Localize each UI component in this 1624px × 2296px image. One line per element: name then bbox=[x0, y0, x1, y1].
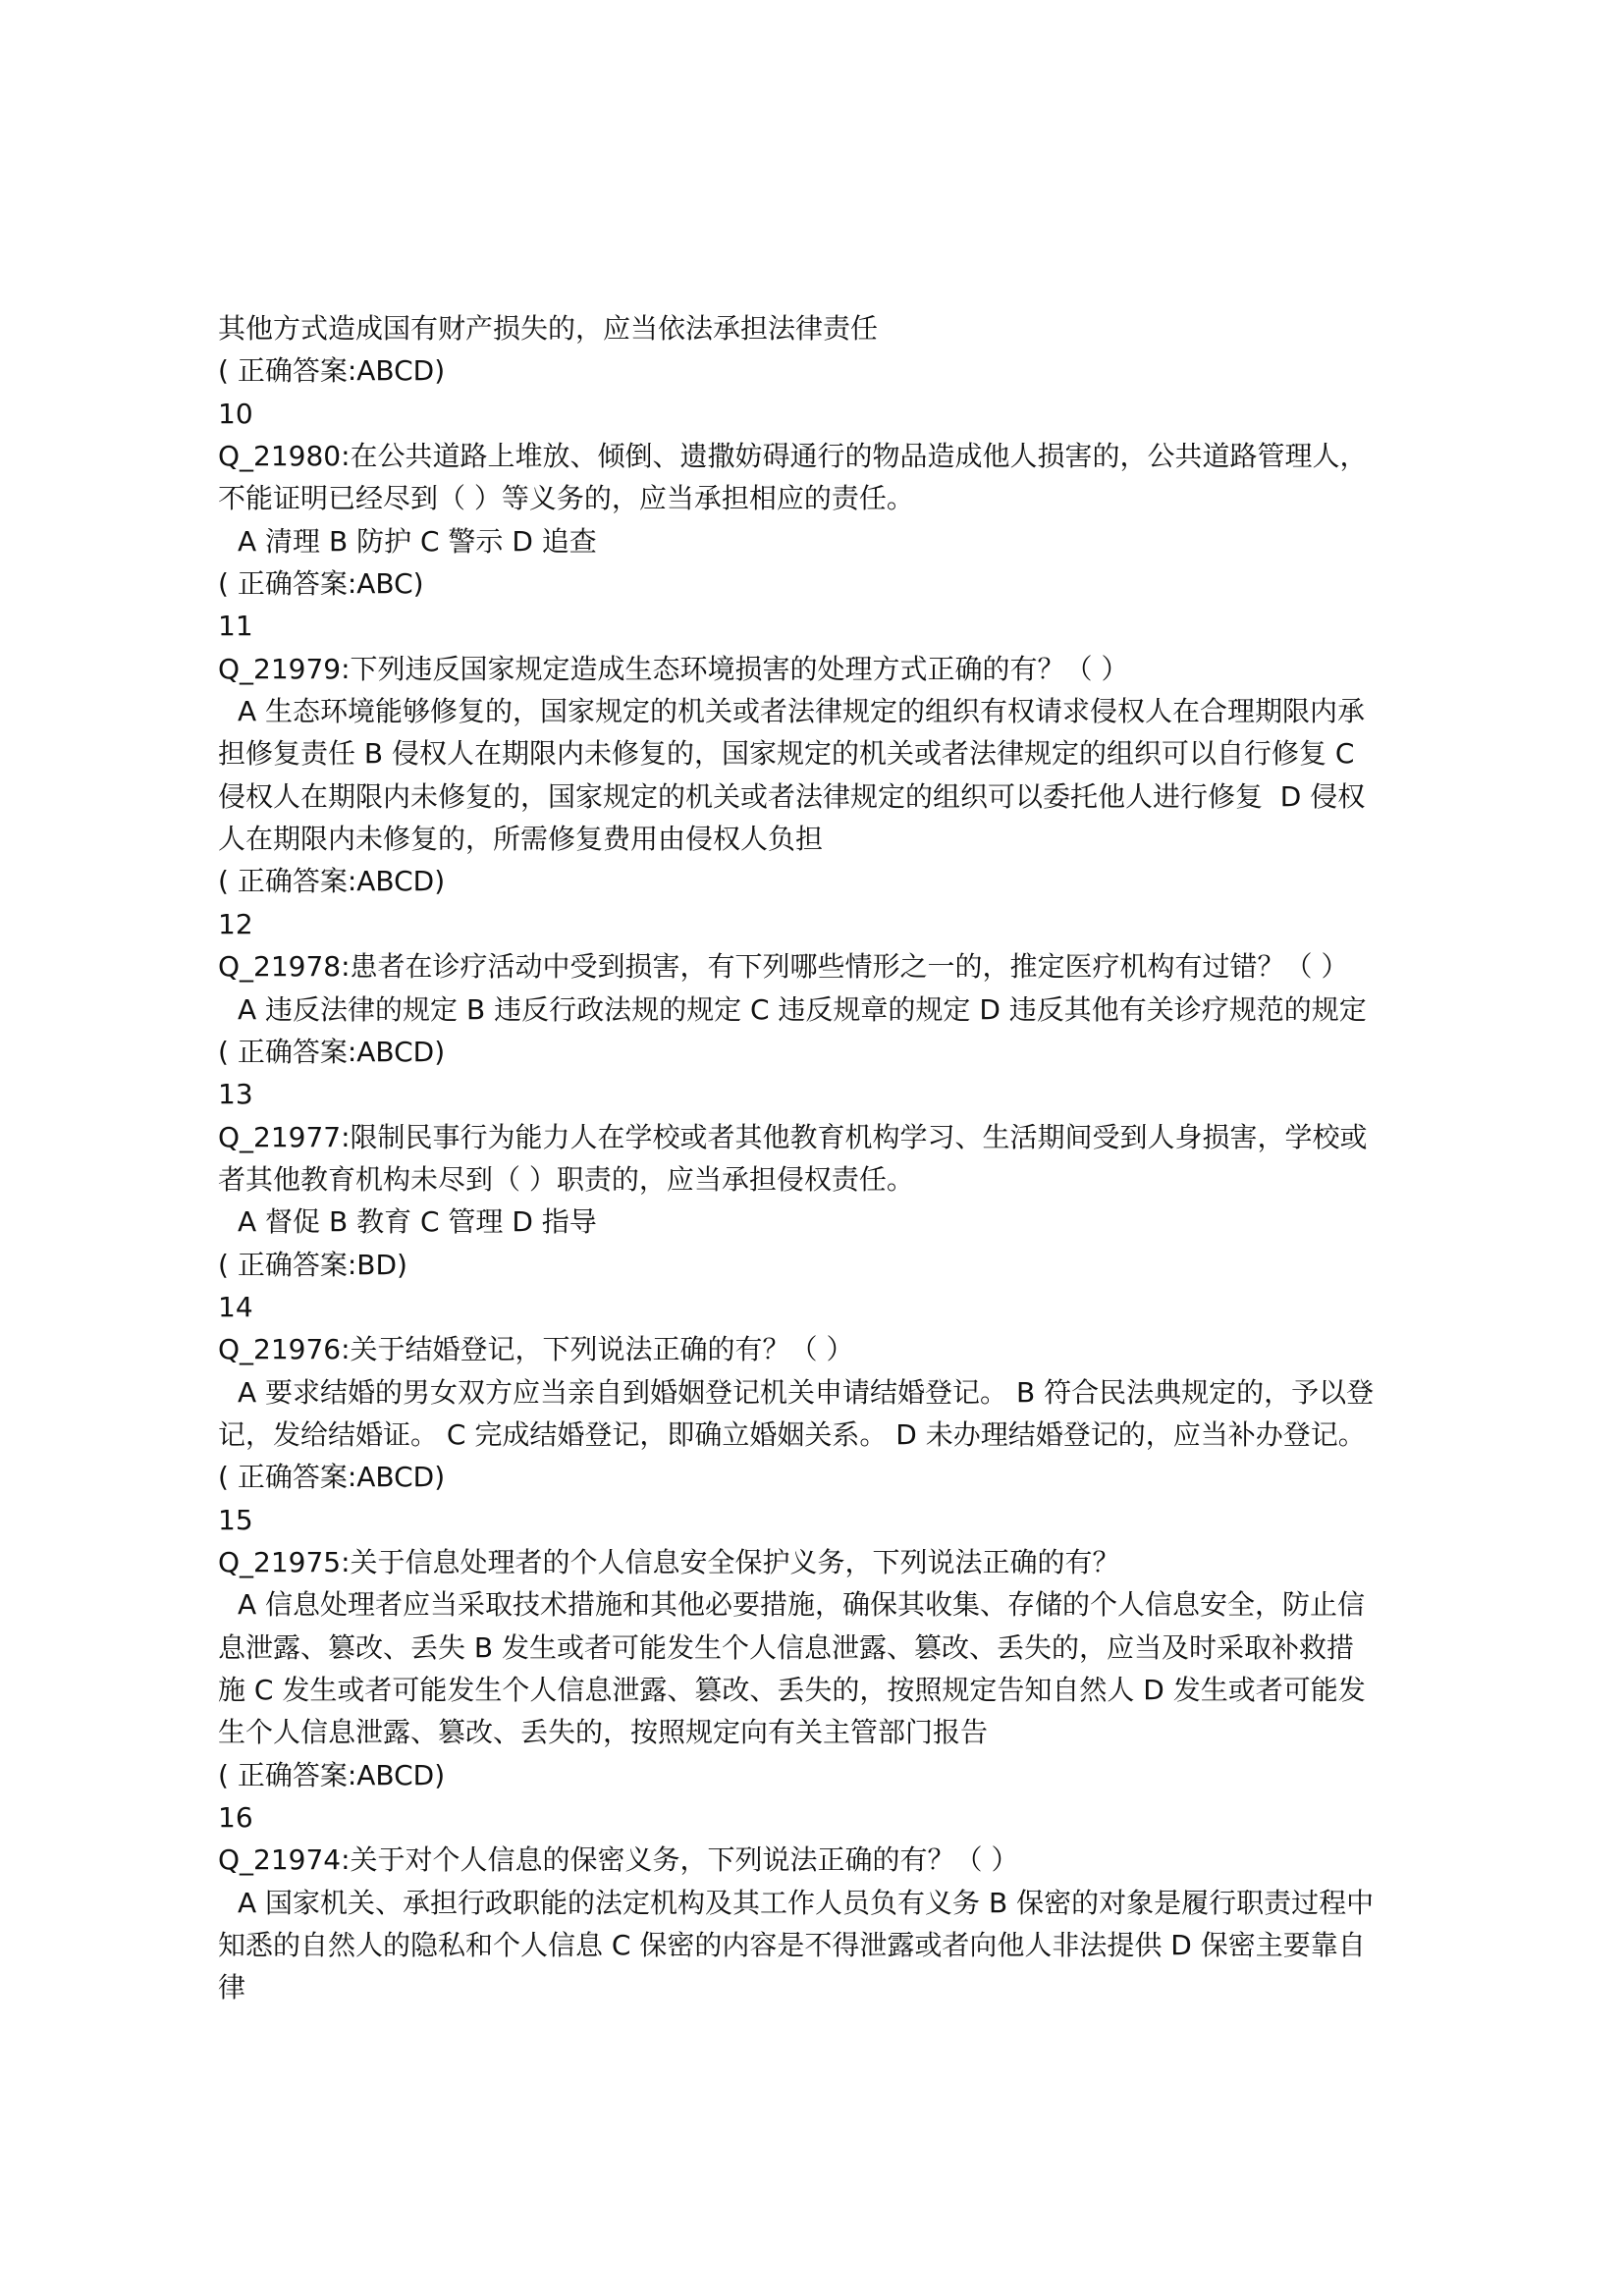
question-continuation: 其他方式造成国有财产损失的，应当依法承担法律责任 ( 正确答案:ABCD) bbox=[218, 307, 1435, 393]
options-line: 记，发给结婚证。 C 完成结婚登记，即确立婚姻关系。 D 未办理结婚登记的，应当… bbox=[218, 1414, 1435, 1456]
question-text-line: Q_21978:患者在诊疗活动中受到损害，有下列哪些情形之一的，推定医疗机构有过… bbox=[218, 945, 1435, 988]
options-line: A 国家机关、承担行政职能的法定机构及其工作人员负有义务 B 保密的对象是履行职… bbox=[218, 1882, 1435, 1924]
question-block: 14 Q_21976:关于结婚登记，下列说法正确的有？（ ） A 要求结婚的男女… bbox=[218, 1286, 1435, 1499]
options-line: 施 C 发生或者可能发生个人信息泄露、篡改、丢失的，按照规定告知自然人 D 发生… bbox=[218, 1669, 1435, 1711]
question-number: 15 bbox=[218, 1499, 1435, 1541]
options-line: 息泄露、篡改、丢失 B 发生或者可能发生个人信息泄露、篡改、丢失的，应当及时采取… bbox=[218, 1627, 1435, 1669]
question-text-line: 其他方式造成国有财产损失的，应当依法承担法律责任 bbox=[218, 307, 1435, 349]
options-line: 担修复责任 B 侵权人在期限内未修复的，国家规定的机关或者法律规定的组织可以自行… bbox=[218, 732, 1435, 774]
correct-answer: ( 正确答案:BD) bbox=[218, 1244, 1435, 1286]
correct-answer: ( 正确答案:ABCD) bbox=[218, 860, 1435, 902]
question-text-line: Q_21975:关于信息处理者的个人信息安全保护义务，下列说法正确的有？ bbox=[218, 1541, 1435, 1583]
question-text-line: 者其他教育机构未尽到（ ）职责的，应当承担侵权责任。 bbox=[218, 1158, 1435, 1201]
correct-answer: ( 正确答案:ABC) bbox=[218, 562, 1435, 605]
options-line: 生个人信息泄露、篡改、丢失的，按照规定向有关主管部门报告 bbox=[218, 1711, 1435, 1753]
question-number: 10 bbox=[218, 393, 1435, 435]
question-block: 15 Q_21975:关于信息处理者的个人信息安全保护义务，下列说法正确的有？ … bbox=[218, 1499, 1435, 1796]
question-number: 12 bbox=[218, 903, 1435, 945]
options-line: A 督促 B 教育 C 管理 D 指导 bbox=[218, 1201, 1435, 1243]
question-text-line: Q_21974:关于对个人信息的保密义务，下列说法正确的有？（ ） bbox=[218, 1839, 1435, 1881]
correct-answer: ( 正确答案:ABCD) bbox=[218, 1754, 1435, 1796]
question-block: 11 Q_21979:下列违反国家规定造成生态环境损害的处理方式正确的有？（ ）… bbox=[218, 605, 1435, 902]
question-number: 16 bbox=[218, 1796, 1435, 1839]
question-text-line: Q_21979:下列违反国家规定造成生态环境损害的处理方式正确的有？（ ） bbox=[218, 648, 1435, 690]
options-line: A 清理 B 防护 C 警示 D 追查 bbox=[218, 520, 1435, 562]
options-line: 侵权人在期限内未修复的，国家规定的机关或者法律规定的组织可以委托他人进行修复 D… bbox=[218, 775, 1435, 818]
question-text-line: Q_21977:限制民事行为能力人在学校或者其他教育机构学习、生活期间受到人身损… bbox=[218, 1116, 1435, 1158]
options-line: A 生态环境能够修复的，国家规定的机关或者法律规定的组织有权请求侵权人在合理期限… bbox=[218, 690, 1435, 732]
options-line: 人在期限内未修复的，所需修复费用由侵权人负担 bbox=[218, 818, 1435, 860]
question-block: 13 Q_21977:限制民事行为能力人在学校或者其他教育机构学习、生活期间受到… bbox=[218, 1073, 1435, 1286]
question-number: 13 bbox=[218, 1073, 1435, 1115]
options-line: A 违反法律的规定 B 违反行政法规的规定 C 违反规章的规定 D 违反其他有关… bbox=[218, 988, 1435, 1031]
document-body: 其他方式造成国有财产损失的，应当依法承担法律责任 ( 正确答案:ABCD) 10… bbox=[218, 307, 1435, 2009]
question-number: 14 bbox=[218, 1286, 1435, 1328]
options-line: A 要求结婚的男女双方应当亲自到婚姻登记机关申请结婚登记。 B 符合民法典规定的… bbox=[218, 1371, 1435, 1414]
question-block: 12 Q_21978:患者在诊疗活动中受到损害，有下列哪些情形之一的，推定医疗机… bbox=[218, 903, 1435, 1073]
question-block: 10 Q_21980:在公共道路上堆放、倾倒、遗撒妨碍通行的物品造成他人损害的，… bbox=[218, 393, 1435, 606]
correct-answer: ( 正确答案:ABCD) bbox=[218, 1031, 1435, 1073]
options-line: 律 bbox=[218, 1966, 1435, 2008]
question-text-line: Q_21980:在公共道路上堆放、倾倒、遗撒妨碍通行的物品造成他人损害的，公共道… bbox=[218, 435, 1435, 477]
document-page: 其他方式造成国有财产损失的，应当依法承担法律责任 ( 正确答案:ABCD) 10… bbox=[0, 0, 1624, 2296]
question-text-line: 不能证明已经尽到（ ）等义务的，应当承担相应的责任。 bbox=[218, 477, 1435, 519]
question-number: 11 bbox=[218, 605, 1435, 647]
options-line: A 信息处理者应当采取技术措施和其他必要措施，确保其收集、存储的个人信息安全，防… bbox=[218, 1583, 1435, 1626]
correct-answer: ( 正确答案:ABCD) bbox=[218, 349, 1435, 392]
correct-answer: ( 正确答案:ABCD) bbox=[218, 1456, 1435, 1498]
options-line: 知悉的自然人的隐私和个人信息 C 保密的内容是不得泄露或者向他人非法提供 D 保… bbox=[218, 1924, 1435, 1966]
question-text-line: Q_21976:关于结婚登记，下列说法正确的有？（ ） bbox=[218, 1328, 1435, 1370]
question-block: 16 Q_21974:关于对个人信息的保密义务，下列说法正确的有？（ ） A 国… bbox=[218, 1796, 1435, 2009]
